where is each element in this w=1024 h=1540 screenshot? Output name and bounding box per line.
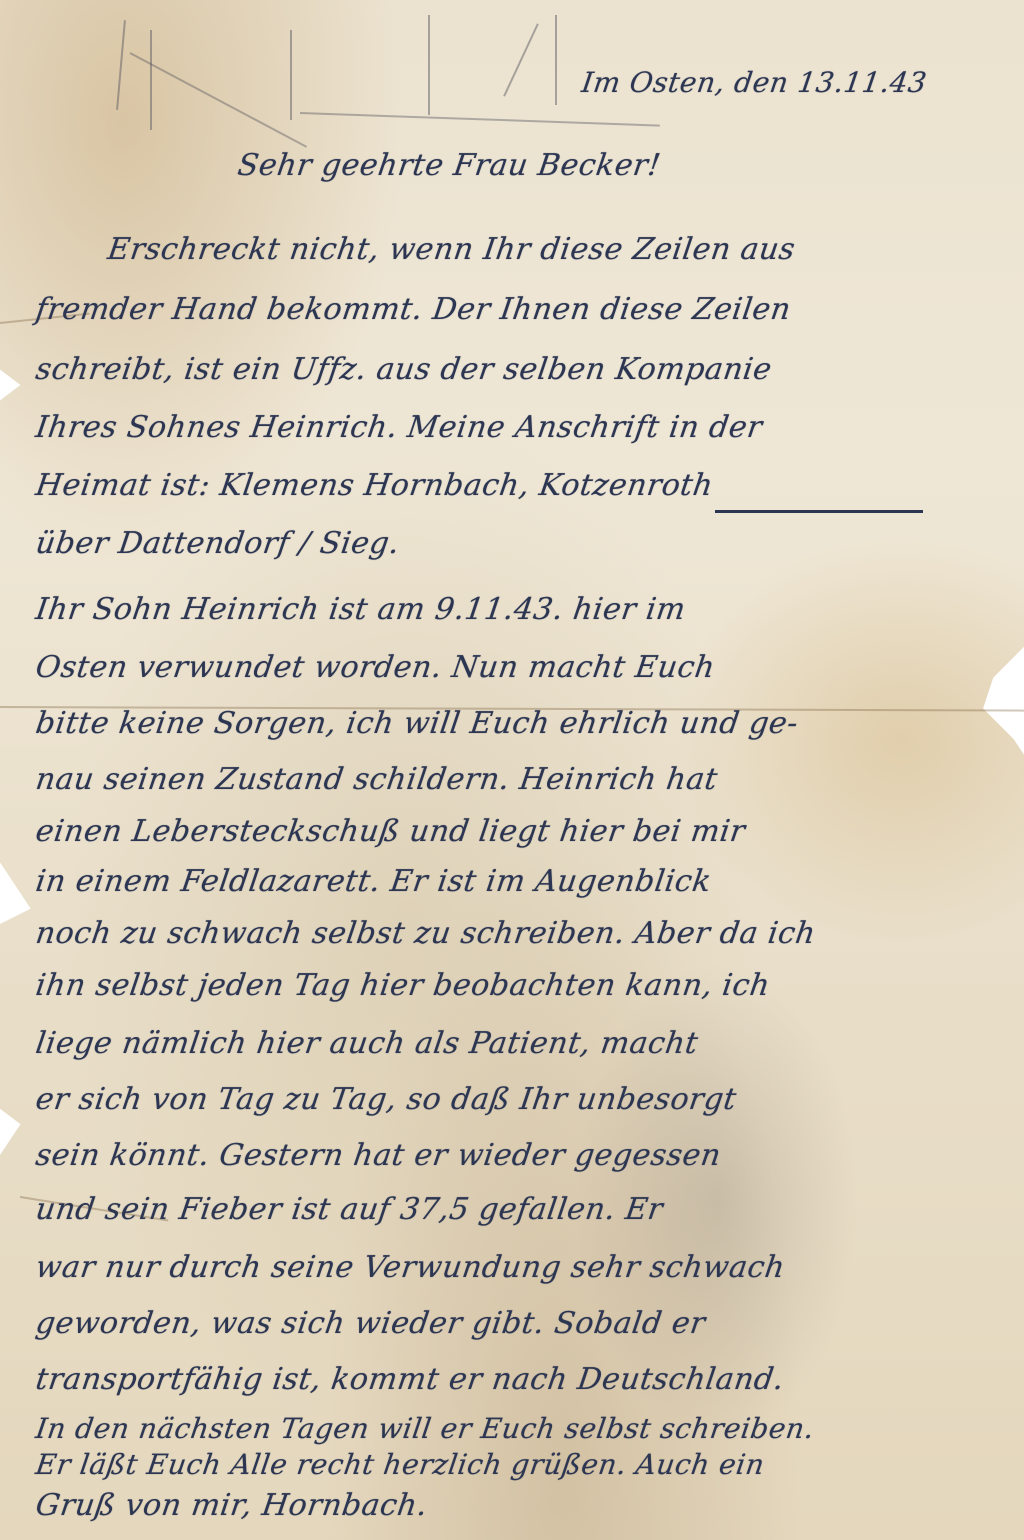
letter-line: In den nächsten Tagen will er Euch selbs… <box>34 1412 817 1445</box>
address-text: Heimat ist: Klemens Hornbach, Kotzenroth <box>34 468 716 503</box>
letter-line: schreibt, ist ein Uffz. aus der selben K… <box>34 352 775 387</box>
letter-line: nau seinen Zustand schildern. Heinrich h… <box>34 762 720 797</box>
letter-line: Osten verwundet worden. Nun macht Euch <box>34 650 718 685</box>
letter-line: sein könnt. Gestern hat er wieder gegess… <box>34 1138 724 1173</box>
letter-line: Er läßt Euch Alle recht herzlich grüßen.… <box>34 1448 767 1481</box>
letter-line: und sein Fieber ist auf 37,5 gefallen. E… <box>34 1192 666 1227</box>
underline-mark <box>715 510 923 513</box>
letter-line: noch zu schwach selbst zu schreiben. Abe… <box>34 916 818 951</box>
letter-line: fremder Hand bekommt. Der Ihnen diese Ze… <box>34 292 794 327</box>
letter-line: in einem Feldlazarett. Er ist im Augenbl… <box>34 864 714 899</box>
signature-line: Gruß von mir, Hornbach. <box>34 1488 430 1523</box>
letter-body: Im Osten, den 13.11.43 Sehr geehrte Frau… <box>0 0 1024 1540</box>
letter-line: Erschreckt nicht, wenn Ihr diese Zeilen … <box>106 232 798 267</box>
letter-line: über Dattendorf / Sieg. <box>34 526 402 561</box>
salutation: Sehr geehrte Frau Becker! <box>236 148 663 183</box>
letter-line: transportfähig ist, kommt er nach Deutsc… <box>34 1362 787 1397</box>
letter-line: ihn selbst jeden Tag hier beobachten kan… <box>34 968 773 1003</box>
dateline: Im Osten, den 13.11.43 <box>580 66 929 99</box>
letter-line: geworden, was sich wieder gibt. Sobald e… <box>34 1306 708 1341</box>
letter-line: einen Lebersteckschuß und liegt hier bei… <box>34 814 748 849</box>
letter-line: Ihr Sohn Heinrich ist am 9.11.43. hier i… <box>34 592 688 627</box>
letter-line: bitte keine Sorgen, ich will Euch ehrlic… <box>34 706 801 741</box>
letter-line: war nur durch seine Verwundung sehr schw… <box>34 1250 788 1285</box>
letter-line: Ihres Sohnes Heinrich. Meine Anschrift i… <box>34 410 765 445</box>
letter-line: Heimat ist: Klemens Hornbach, Kotzenroth <box>34 468 716 503</box>
letter-line: liege nämlich hier auch als Patient, mac… <box>34 1026 701 1061</box>
letter-line: er sich von Tag zu Tag, so daß Ihr unbes… <box>34 1082 739 1117</box>
